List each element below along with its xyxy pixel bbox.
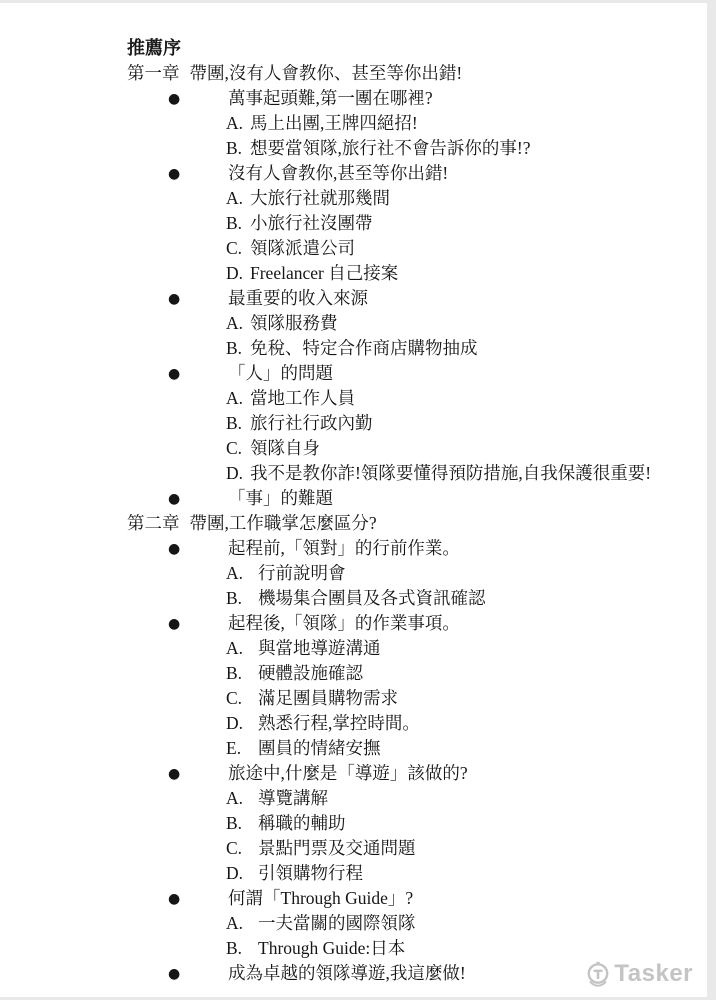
- chapter-title: 帶團,沒有人會教你、甚至等你出錯!: [190, 63, 463, 83]
- preface-heading: 推薦序: [0, 36, 707, 61]
- option-letter: D.: [226, 861, 258, 886]
- bullet-icon: ●: [168, 487, 228, 512]
- item-text: 引領購物行程: [258, 863, 363, 883]
- item-text: 滿足團員購物需求: [258, 688, 398, 708]
- option-item: B.稱職的輔助: [0, 811, 707, 836]
- option-letter: C.: [226, 836, 258, 861]
- option-letter: C.: [226, 686, 258, 711]
- option-item: B.小旅行社沒團帶: [0, 211, 707, 236]
- item-text: 領隊服務費: [250, 313, 338, 333]
- table-of-contents: 推薦序第一章帶團,沒有人會教你、甚至等你出錯!●萬事起頭難,第一團在哪裡?A.馬…: [0, 36, 707, 986]
- option-item: E.團員的情緒安撫: [0, 736, 707, 761]
- bullet-icon: ●: [168, 537, 228, 562]
- item-text: 成為卓越的領隊導遊,我這麼做!: [228, 963, 466, 983]
- option-letter: B.: [226, 211, 250, 236]
- option-item: A.馬上出團,王牌四絕招!: [0, 111, 707, 136]
- option-letter: A.: [226, 786, 258, 811]
- item-text: 旅行社行政內勤: [250, 413, 373, 433]
- bullet-item: ●萬事起頭難,第一團在哪裡?: [0, 86, 707, 111]
- option-item: A.與當地導遊溝通: [0, 636, 707, 661]
- watermark: Tasker: [584, 960, 693, 988]
- option-letter: D.: [226, 711, 258, 736]
- item-text: 領隊派遣公司: [250, 238, 355, 258]
- item-text: 起程前,「領對」的行前作業。: [228, 538, 460, 558]
- item-text: 我不是教你詐!領隊要懂得預防措施,自我保護很重要!: [250, 463, 651, 483]
- option-item: D.熟悉行程,掌控時間。: [0, 711, 707, 736]
- item-text: 小旅行社沒團帶: [250, 213, 373, 233]
- bullet-item: ●最重要的收入來源: [0, 286, 707, 311]
- item-text: 行前說明會: [258, 563, 346, 583]
- item-text: 起程後,「領隊」的作業事項。: [228, 613, 460, 633]
- option-letter: B.: [226, 811, 258, 836]
- option-letter: D.: [226, 461, 250, 486]
- item-text: 稱職的輔助: [258, 813, 346, 833]
- option-letter: A.: [226, 186, 250, 211]
- option-letter: E.: [226, 736, 258, 761]
- option-item: C.滿足團員購物需求: [0, 686, 707, 711]
- option-letter: B.: [226, 336, 250, 361]
- chapter-label: 第一章: [127, 63, 180, 83]
- item-text: 導覽講解: [258, 788, 328, 808]
- item-text: 馬上出團,王牌四絕招!: [250, 113, 418, 133]
- option-item: B.旅行社行政內勤: [0, 411, 707, 436]
- bullet-item: ●旅途中,什麼是「導遊」該做的?: [0, 761, 707, 786]
- bullet-icon: ●: [168, 287, 228, 312]
- option-letter: A.: [226, 111, 250, 136]
- bullet-icon: ●: [168, 87, 228, 112]
- option-letter: C.: [226, 436, 250, 461]
- bullet-icon: ●: [168, 962, 228, 987]
- chapter-title: 帶團,工作職掌怎麼區分?: [190, 513, 377, 533]
- option-item: C.領隊自身: [0, 436, 707, 461]
- item-text: 大旅行社就那幾間: [250, 188, 390, 208]
- option-item: B.免稅、特定合作商店購物抽成: [0, 336, 707, 361]
- option-item: B.Through Guide:日本: [0, 936, 707, 961]
- tasker-logo-icon: [584, 960, 612, 988]
- option-item: A.當地工作人員: [0, 386, 707, 411]
- item-text: 旅途中,什麼是「導遊」該做的?: [228, 763, 468, 783]
- option-item: B.機場集合團員及各式資訊確認: [0, 586, 707, 611]
- bullet-item: ●何謂「Through Guide」?: [0, 886, 707, 911]
- option-item: D.我不是教你詐!領隊要懂得預防措施,自我保護很重要!: [0, 461, 707, 486]
- item-text: 免稅、特定合作商店購物抽成: [250, 338, 478, 358]
- option-item: A.大旅行社就那幾間: [0, 186, 707, 211]
- document-page: 推薦序第一章帶團,沒有人會教你、甚至等你出錯!●萬事起頭難,第一團在哪裡?A.馬…: [0, 3, 707, 997]
- option-letter: A.: [226, 636, 258, 661]
- chapter-label: 第二章: [127, 513, 180, 533]
- bullet-icon: ●: [168, 612, 228, 637]
- item-text: Freelancer 自己接案: [250, 263, 398, 283]
- watermark-label: Tasker: [614, 960, 693, 988]
- chapter-line: 第一章帶團,沒有人會教你、甚至等你出錯!: [0, 61, 707, 86]
- item-text: 何謂「Through Guide」?: [228, 888, 413, 908]
- bullet-icon: ●: [168, 362, 228, 387]
- item-text: 一夫當關的國際領隊: [258, 913, 416, 933]
- option-letter: B.: [226, 411, 250, 436]
- item-text: 景點門票及交通問題: [258, 838, 416, 858]
- item-text: 想要當領隊,旅行社不會告訴你的事!?: [250, 138, 530, 158]
- item-text: 最重要的收入來源: [228, 288, 368, 308]
- chapter-line: 第二章帶團,工作職掌怎麼區分?: [0, 511, 707, 536]
- bullet-item: ●起程後,「領隊」的作業事項。: [0, 611, 707, 636]
- item-text: Through Guide:日本: [258, 938, 405, 958]
- option-letter: B.: [226, 586, 258, 611]
- bullet-item: ●沒有人會教你,甚至等你出錯!: [0, 161, 707, 186]
- option-item: A.一夫當關的國際領隊: [0, 911, 707, 936]
- option-letter: B.: [226, 136, 250, 161]
- option-item: C.景點門票及交通問題: [0, 836, 707, 861]
- bullet-item: ●「事」的難題: [0, 486, 707, 511]
- option-item: A.導覽講解: [0, 786, 707, 811]
- option-letter: A.: [226, 911, 258, 936]
- bullet-icon: ●: [168, 162, 228, 187]
- item-text: 機場集合團員及各式資訊確認: [258, 588, 486, 608]
- bullet-item: ●「人」的問題: [0, 361, 707, 386]
- option-item: A.領隊服務費: [0, 311, 707, 336]
- item-text: 當地工作人員: [250, 388, 355, 408]
- item-text: 硬體設施確認: [258, 663, 363, 683]
- option-item: D.引領購物行程: [0, 861, 707, 886]
- option-letter: A.: [226, 386, 250, 411]
- option-letter: A.: [226, 561, 258, 586]
- option-item: B.硬體設施確認: [0, 661, 707, 686]
- option-item: A.行前說明會: [0, 561, 707, 586]
- option-letter: B.: [226, 936, 258, 961]
- item-text: 領隊自身: [250, 438, 320, 458]
- option-item: B.想要當領隊,旅行社不會告訴你的事!?: [0, 136, 707, 161]
- option-item: D.Freelancer 自己接案: [0, 261, 707, 286]
- option-item: C.領隊派遣公司: [0, 236, 707, 261]
- item-text: 團員的情緒安撫: [258, 738, 381, 758]
- option-letter: A.: [226, 311, 250, 336]
- bullet-item: ●起程前,「領對」的行前作業。: [0, 536, 707, 561]
- option-letter: B.: [226, 661, 258, 686]
- item-text: 萬事起頭難,第一團在哪裡?: [228, 88, 433, 108]
- bullet-icon: ●: [168, 762, 228, 787]
- option-letter: D.: [226, 261, 250, 286]
- item-text: 沒有人會教你,甚至等你出錯!: [228, 163, 448, 183]
- item-text: 熟悉行程,掌控時間。: [258, 713, 420, 733]
- bullet-icon: ●: [168, 887, 228, 912]
- option-letter: C.: [226, 236, 250, 261]
- item-text: 「人」的問題: [228, 363, 333, 383]
- item-text: 「事」的難題: [228, 488, 333, 508]
- item-text: 與當地導遊溝通: [258, 638, 381, 658]
